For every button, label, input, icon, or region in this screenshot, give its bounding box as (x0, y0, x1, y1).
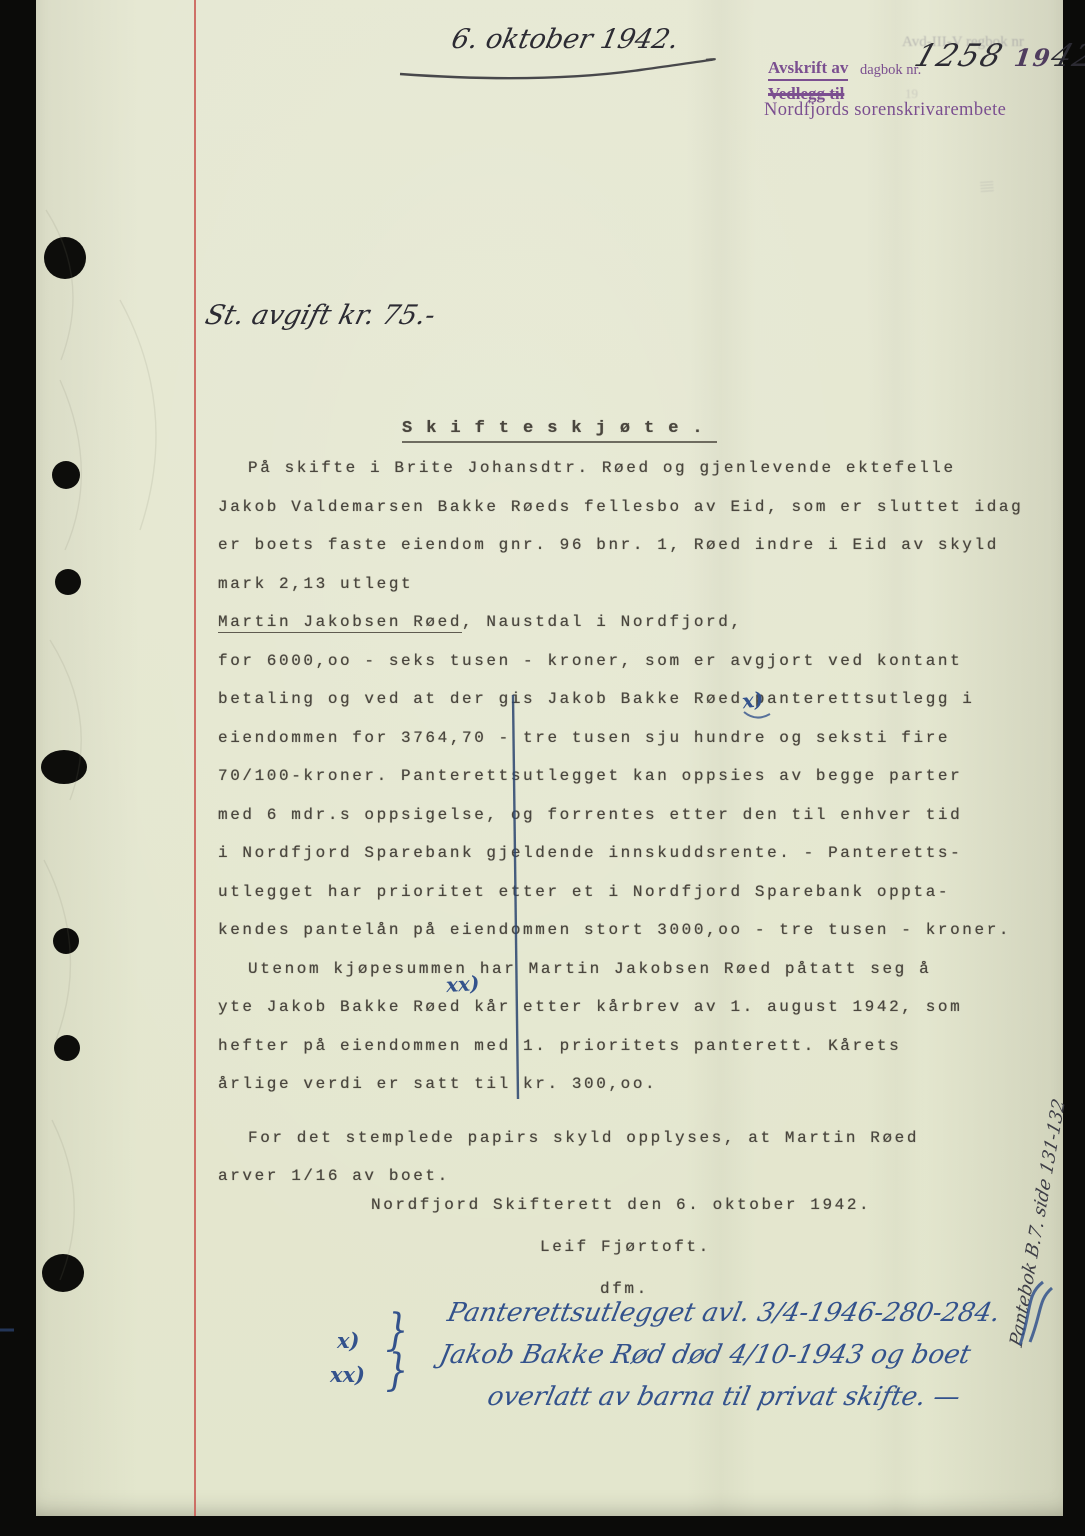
handwritten-journal-number: 1258 1942. (910, 38, 1085, 74)
typed-line: utlegget har prioritet etter et i Nordfj… (218, 873, 1033, 912)
typed-line: mark 2,13 utlegt (218, 565, 1033, 604)
typed-line: hefter på eiendommen med 1. prioritets p… (218, 1027, 1033, 1066)
stamp-avskrift-av: Avskrift av (768, 58, 848, 81)
dagbok-number-value: 1258 (910, 38, 1009, 74)
punch-hole (52, 461, 80, 489)
signature-title: dfm. (600, 1280, 649, 1298)
typed-text: , Naustdal i Nordfjord, (462, 613, 743, 631)
typed-line: yte Jakob Bakke Røed kår etter kårbrev a… (218, 988, 1033, 1027)
footnote-marker-x: x) (337, 1328, 359, 1353)
deed-body: På skifte i Brite Johansdtr. Røed og gje… (218, 449, 1033, 1196)
typed-line: Utenom kjøpesummen har Martin Jakobsen R… (218, 950, 1033, 989)
typed-line: for 6000,oo - seks tusen - kroner, som e… (218, 642, 1033, 681)
scanned-archive-page: Avd-III-V regbok nr 19 |||| 6. oktober 1… (0, 0, 1085, 1536)
signature-name: Leif Fjørtoft. (540, 1238, 711, 1256)
typed-line: betaling og ved at der gis Jakob Bakke R… (218, 680, 1033, 719)
typed-line: i Nordfjord Sparebank gjeldende innskudd… (218, 834, 1033, 873)
footnote-line-3: overlatt av barna til privat skifte. — (485, 1382, 963, 1412)
court-date-line: Nordfjord Skifterett den 6. oktober 1942… (371, 1196, 871, 1214)
punch-hole (41, 750, 87, 784)
handwritten-stamp-duty: St. avgift kr. 75.- (202, 300, 438, 331)
typed-line: eiendommen for 3764,70 - tre tusen sju h… (218, 719, 1033, 758)
typed-line: Jakob Valdemarsen Bakke Røeds fellesbo a… (218, 488, 1033, 527)
footnote-marker-xx: xx) (330, 1362, 365, 1387)
inline-footnote-mark-x: x) (740, 687, 765, 714)
punch-hole (54, 1035, 80, 1061)
footnote-line-1: Panterettsutlegget avl. 3/4-1946-280-284… (445, 1298, 1003, 1328)
typed-line: Martin Jakobsen Røed, Naustdal i Nordfjo… (218, 603, 1033, 642)
typed-line: På skifte i Brite Johansdtr. Røed og gje… (218, 449, 1033, 488)
typed-line: med 6 mdr.s oppsigelse, og forrentes ett… (218, 796, 1033, 835)
punch-hole (44, 237, 86, 279)
underlined-name: Martin Jakobsen Røed (218, 613, 462, 633)
deed-heading: Skifteskjøte. (402, 419, 717, 443)
footnote-line-2: Jakob Bakke Rød død 4/10-1943 og boet (437, 1340, 974, 1370)
stamp-office-name: Nordfjords sorenskrivarembete (764, 100, 1006, 121)
typed-line: 70/100-kroner. Panterettsutlegget kan op… (218, 757, 1033, 796)
typed-line: arver 1/16 av boet. (218, 1157, 1033, 1196)
handwritten-date: 6. oktober 1942. (449, 24, 682, 55)
typed-line: årlige verdi er satt til kr. 300,oo. (218, 1065, 1033, 1104)
punch-hole (53, 928, 79, 954)
punch-hole (42, 1254, 84, 1292)
red-margin-line (194, 0, 196, 1516)
typed-line: er boets faste eiendom gnr. 96 bnr. 1, R… (218, 526, 1033, 565)
footnote-brace: } (386, 1345, 408, 1396)
bleedthrough-smudge: |||| (978, 180, 996, 193)
punch-hole (55, 569, 81, 595)
typed-line: For det stemplede papirs skyld opplyses,… (218, 1119, 1033, 1158)
typed-line: kendes pantelån på eiendommen stort 3000… (218, 911, 1033, 950)
inline-footnote-mark-xx: xx) (445, 971, 480, 997)
